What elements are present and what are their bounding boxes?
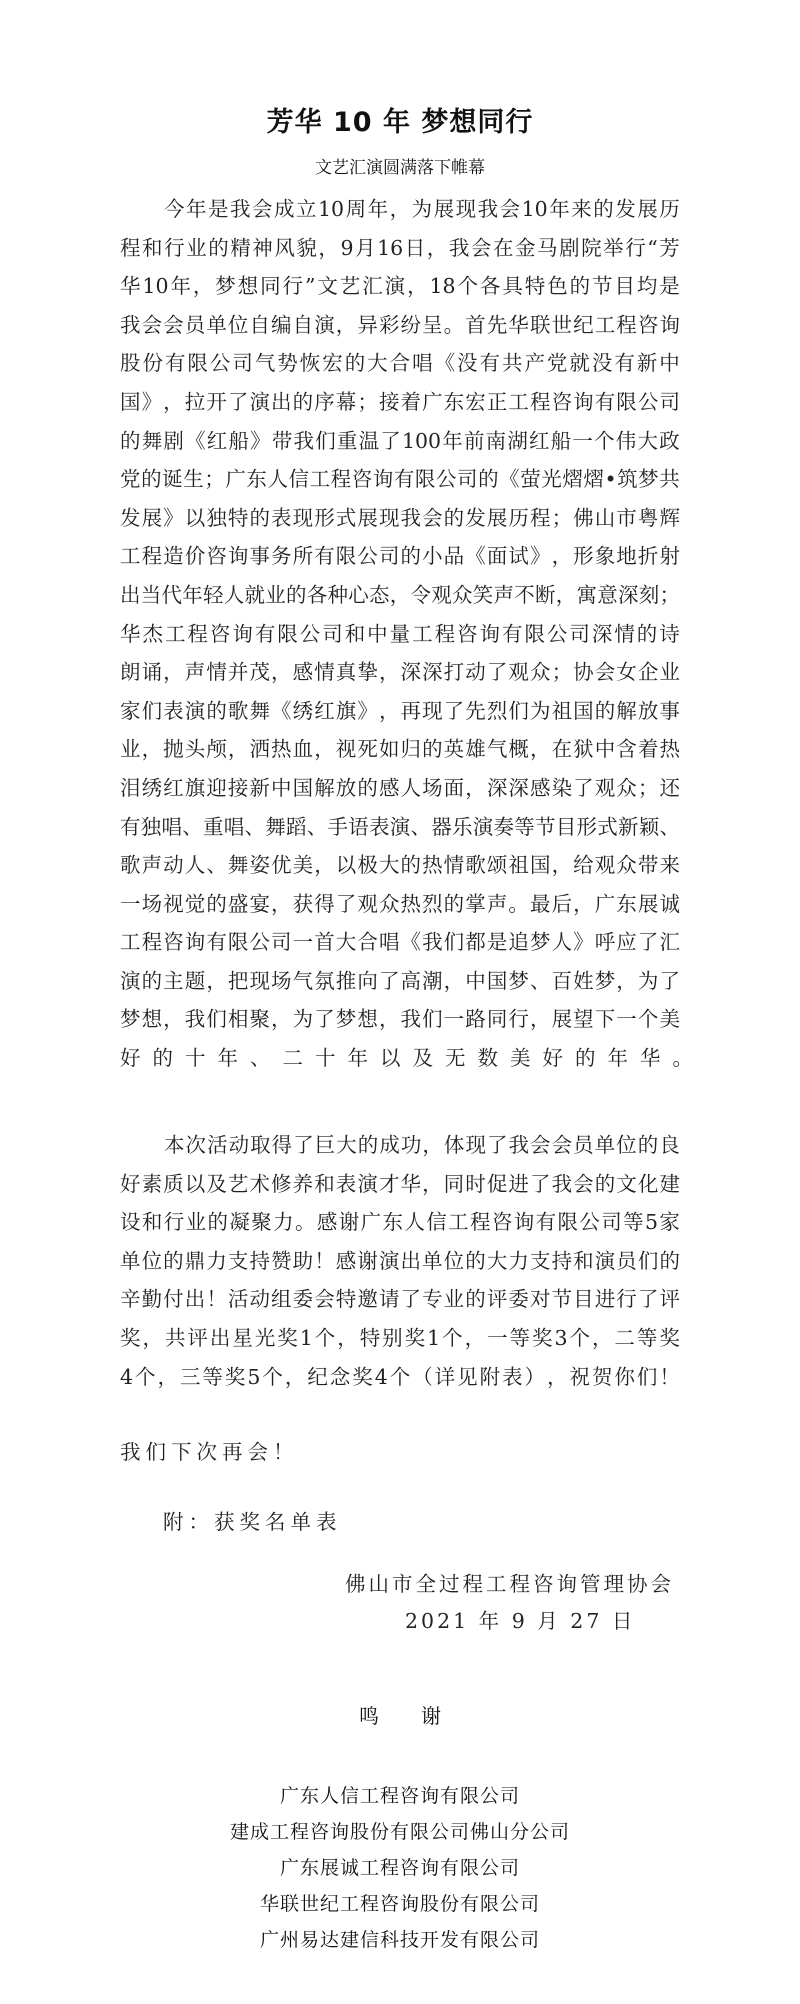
acknowledgements-title-char: 鸣 (359, 1700, 379, 1729)
paragraph-line: 有独唱、重唱、舞蹈、手语表演、器乐演奏等节目形式新颖、 (120, 808, 680, 847)
paragraph-line: 华杰工程咨询有限公司和中量工程咨询有限公司深情的诗 (120, 615, 680, 654)
sponsor-item: 华联世纪工程咨询股份有限公司 (0, 1886, 800, 1922)
attachment-note: 附：获奖名单表 (163, 1505, 342, 1535)
paragraph-line: 4个，三等奖5个，纪念奖4个（详见附表），祝贺你们！ (120, 1358, 680, 1397)
paragraph-line: 股份有限公司气势恢宏的大合唱《没有共产党就没有新中 (120, 344, 680, 383)
paragraph-line: 业，抛头颅，洒热血，视死如归的英雄气概，在狱中含着热 (120, 730, 680, 769)
paragraph-line: 梦想，我们相聚，为了梦想，我们一路同行，展望下一个美 (120, 1000, 680, 1039)
paragraph-line: 奖，共评出星光奖1个，特别奖1个，一等奖3个，二等奖 (120, 1319, 680, 1358)
paragraph-line: 的舞剧《红船》带我们重温了100年前南湖红船一个伟大政 (120, 422, 680, 461)
paragraph-line: 今年是我会成立10周年，为展现我会10年来的发展历 (120, 190, 680, 229)
paragraph-line: 国》，拉开了演出的序幕；接着广东宏正工程咨询有限公司 (120, 383, 680, 422)
acknowledgements-title: 鸣谢 (0, 1700, 800, 1729)
paragraph-line: 歌声动人、舞姿优美，以极大的热情歌颂祖国，给观众带来 (120, 846, 680, 885)
paragraph-line: 泪绣红旗迎接新中国解放的感人场面，深深感染了观众；还 (120, 769, 680, 808)
document-subtitle: 文艺汇演圆满落下帷幕 (0, 153, 800, 178)
paragraph-line: 出当代年轻人就业的各种心态，令观众笑声不断，寓意深刻； (120, 576, 680, 615)
paragraph-line: 程和行业的精神风貌，9月16日，我会在金马剧院举行“芳 (120, 229, 680, 268)
signature-organization: 佛山市全过程工程咨询管理协会 (345, 1567, 674, 1597)
paragraph-line: 辛勤付出！活动组委会特邀请了专业的评委对节目进行了评 (120, 1280, 680, 1319)
paragraph-line: 工程造价咨询事务所有限公司的小品《面试》，形象地折射 (120, 537, 680, 576)
closing-line: 我们下次再会！ (120, 1435, 299, 1465)
paragraph-thanks-awards: 本次活动取得了巨大的成功，体现了我会会员单位的良 好素质以及艺术修养和表演才华，… (120, 1126, 680, 1396)
paragraph-line: 我会会员单位自编自演，异彩纷呈。首先华联世纪工程咨询 (120, 306, 680, 345)
paragraph-line: 朗诵，声情并茂，感情真挚，深深打动了观众；协会女企业 (120, 653, 680, 692)
document-title: 芳华 10 年 梦想同行 (0, 100, 800, 139)
sponsor-item: 广东展诚工程咨询有限公司 (0, 1850, 800, 1886)
paragraph-line: 家们表演的歌舞《绣红旗》，再现了先烈们为祖国的解放事 (120, 692, 680, 731)
signature-date: 2021 年 9 月 27 日 (405, 1604, 635, 1634)
paragraph-line: 一场视觉的盛宴，获得了观众热烈的掌声。最后，广东展诚 (120, 885, 680, 924)
sponsor-item: 广东人信工程咨询有限公司 (0, 1778, 800, 1814)
sponsor-item: 建成工程咨询股份有限公司佛山分公司 (0, 1814, 800, 1850)
paragraph-line: 工程咨询有限公司一首大合唱《我们都是追梦人》呼应了汇 (120, 923, 680, 962)
paragraph-line: 华10年，梦想同行”文艺汇演，18个各具特色的节目均是 (120, 267, 680, 306)
paragraph-event-summary: 今年是我会成立10周年，为展现我会10年来的发展历 程和行业的精神风貌，9月16… (120, 190, 680, 1078)
paragraph-line: 设和行业的凝聚力。感谢广东人信工程咨询有限公司等5家 (120, 1203, 680, 1242)
acknowledgements-title-char: 谢 (421, 1700, 441, 1729)
sponsor-list: 广东人信工程咨询有限公司 建成工程咨询股份有限公司佛山分公司 广东展诚工程咨询有… (0, 1778, 800, 1958)
paragraph-line: 好的十年、二十年以及无数美好的年华。 (120, 1039, 680, 1078)
paragraph-line: 演的主题，把现场气氛推向了高潮，中国梦、百姓梦，为了 (120, 962, 680, 1001)
paragraph-line: 党的诞生；广东人信工程咨询有限公司的《萤光熠熠•筑梦共 (120, 460, 680, 499)
paragraph-line: 单位的鼎力支持赞助！感谢演出单位的大力支持和演员们的 (120, 1242, 680, 1281)
sponsor-item: 广州易达建信科技开发有限公司 (0, 1922, 800, 1958)
paragraph-line: 好素质以及艺术修养和表演才华，同时促进了我会的文化建 (120, 1165, 680, 1204)
paragraph-line: 发展》以独特的表现形式展现我会的发展历程；佛山市粤辉 (120, 499, 680, 538)
paragraph-line: 本次活动取得了巨大的成功，体现了我会会员单位的良 (120, 1126, 680, 1165)
